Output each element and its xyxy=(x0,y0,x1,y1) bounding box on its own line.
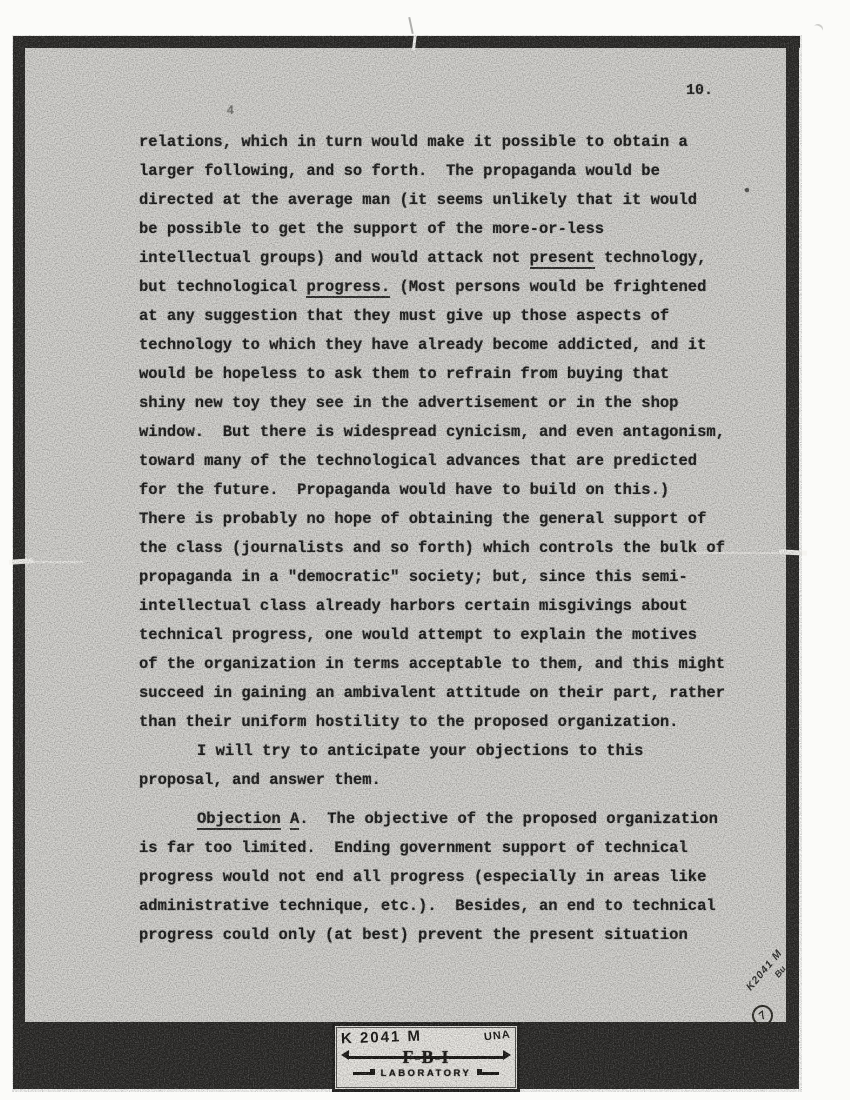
text-line: intellectual groups) and would attack no… xyxy=(139,244,725,273)
fbi-laboratory-stamp: K 2041 M UNA F-B-I LABORATORY xyxy=(332,1023,520,1092)
stray-ink-dot xyxy=(745,188,749,192)
text-line: larger following, and so forth. The prop… xyxy=(139,157,725,186)
text-line: There is probably no hope of obtaining t… xyxy=(139,505,725,534)
text-segment: for the future. Propaganda would have to… xyxy=(139,481,669,499)
stamp-agency-text: F-B-I xyxy=(403,1047,450,1068)
stamp-handwritten-row: K 2041 M UNA xyxy=(341,1029,511,1046)
text-line: would be hopeless to ask them to refrain… xyxy=(139,360,725,389)
text-line: is far too limited. Ending government su… xyxy=(139,834,725,863)
text-line: but technological progress. (Most person… xyxy=(139,273,725,302)
text-line: administrative technique, etc.). Besides… xyxy=(139,892,725,921)
text-segment: technology, xyxy=(595,249,707,267)
text-line: propaganda in a "democratic" society; bu… xyxy=(139,563,725,592)
text-line: Objection A. The objective of the propos… xyxy=(139,805,725,834)
text-line: of the organization in terms acceptable … xyxy=(139,650,725,679)
right-dash-icon xyxy=(477,1072,499,1075)
faint-pencil-mark: 4 xyxy=(227,103,234,117)
scan-squiggle-artifact xyxy=(408,17,413,34)
text-segment: relations, which in turn would make it p… xyxy=(139,133,688,151)
text-line: be possible to get the support of the mo… xyxy=(139,215,725,244)
text-segment: (Most persons would be frightened xyxy=(390,278,706,296)
text-segment: intellectual groups) and would attack no… xyxy=(139,249,530,267)
scan-border-top xyxy=(16,36,800,48)
page-number: 10. xyxy=(686,81,713,101)
stamp-specimen-code: K 2041 M xyxy=(341,1028,423,1048)
text-segment: . The objective of the proposed organiza… xyxy=(299,810,718,828)
text-segment: succeed in gaining an ambivalent attitud… xyxy=(139,684,725,702)
text-line: relations, which in turn would make it p… xyxy=(139,128,725,157)
text-segment: progress could only (at best) prevent th… xyxy=(139,926,688,944)
text-segment: I will try to anticipate your objections… xyxy=(197,742,643,760)
text-segment: propaganda in a "democratic" society; bu… xyxy=(139,568,688,586)
text-segment: be possible to get the support of the mo… xyxy=(139,220,604,238)
text-segment: proposal, and answer them. xyxy=(139,771,381,789)
text-segment: than their uniform hostility to the prop… xyxy=(139,713,679,731)
text-line: intellectual class already harbors certa… xyxy=(139,592,725,621)
text-line: the class (journalists and so forth) whi… xyxy=(139,534,725,563)
left-dash-icon xyxy=(353,1072,375,1075)
text-segment: technical progress, one would attempt to… xyxy=(139,626,697,644)
text-line: progress would not end all progress (esp… xyxy=(139,863,725,892)
text-segment: progress would not end all progress (esp… xyxy=(139,868,706,886)
text-line: at any suggestion that they must give up… xyxy=(139,302,725,331)
text-line: than their uniform hostility to the prop… xyxy=(139,708,725,737)
text-line: technical progress, one would attempt to… xyxy=(139,621,725,650)
text-segment: at any suggestion that they must give up… xyxy=(139,307,669,325)
corner-smudge xyxy=(811,22,825,36)
text-line: window. But there is widespread cynicism… xyxy=(139,418,725,447)
fold-crease-right-faint xyxy=(694,552,782,554)
text-segment xyxy=(281,810,290,828)
text-segment: but technological xyxy=(139,278,306,296)
typewritten-text: relations, which in turn would make it p… xyxy=(139,128,725,950)
underlined-text: A xyxy=(290,810,299,830)
stamp-handwritten-initials: UNA xyxy=(484,1029,512,1044)
fold-crease-left-faint xyxy=(26,561,84,563)
text-line: directed at the average man (it seems un… xyxy=(139,186,725,215)
text-segment: There is probably no hope of obtaining t… xyxy=(139,510,706,528)
text-segment: is far too limited. Ending government su… xyxy=(139,839,688,857)
underlined-text: Objection xyxy=(197,810,281,830)
text-line: proposal, and answer them. xyxy=(139,766,725,795)
stamp-unit-row: LABORATORY xyxy=(341,1068,511,1079)
text-segment: directed at the average man (it seems un… xyxy=(139,191,697,209)
underlined-text: progress. xyxy=(306,278,390,298)
text-line: progress could only (at best) prevent th… xyxy=(139,921,725,950)
text-segment: would be hopeless to ask them to refrain… xyxy=(139,365,669,383)
text-segment: administrative technique, etc.). Besides… xyxy=(139,897,716,915)
stamp-agency-row: F-B-I xyxy=(341,1046,511,1068)
text-line: succeed in gaining an ambivalent attitud… xyxy=(139,679,725,708)
text-line: toward many of the technological advance… xyxy=(139,447,725,476)
scan-border-right xyxy=(786,36,799,1089)
text-line: shiny new toy they see in the advertisem… xyxy=(139,389,725,418)
text-line: for the future. Propaganda would have to… xyxy=(139,476,725,505)
text-segment: larger following, and so forth. The prop… xyxy=(139,162,660,180)
text-line: I will try to anticipate your objections… xyxy=(139,737,725,766)
text-segment: window. But there is widespread cynicism… xyxy=(139,423,725,441)
text-segment: shiny new toy they see in the advertisem… xyxy=(139,394,679,412)
text-segment: intellectual class already harbors certa… xyxy=(139,597,688,615)
text-line: technology to which they have already be… xyxy=(139,331,725,360)
right-arrowhead-icon xyxy=(503,1050,511,1060)
text-segment: technology to which they have already be… xyxy=(139,336,706,354)
underlined-text: present xyxy=(530,249,595,269)
stamp-unit-text: LABORATORY xyxy=(381,1068,472,1079)
text-segment: of the organization in terms acceptable … xyxy=(139,655,725,673)
text-segment: the class (journalists and so forth) whi… xyxy=(139,539,725,557)
text-segment: toward many of the technological advance… xyxy=(139,452,697,470)
